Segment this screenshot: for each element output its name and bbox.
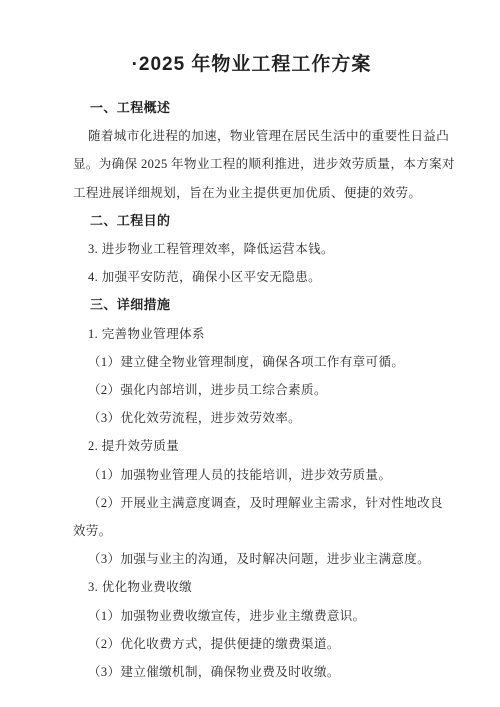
- section-heading-3: 三、详细措施: [73, 291, 430, 319]
- list-item: 2. 提升效劳质量: [73, 432, 430, 460]
- document-title: ·2025 年物业工程工作方案: [73, 50, 430, 80]
- paragraph-line: 工程进展详细规划，旨在为业主提供更加优质、便捷的效劳。: [73, 179, 430, 207]
- list-subitem: （1）加强物业管理人员的技能培训，进步效劳质量。: [73, 461, 430, 489]
- list-subitem: （2）强化内部培训，进步员工综合素质。: [73, 376, 430, 404]
- list-subitem: （3）优化效劳流程，进步效劳效率。: [73, 404, 430, 432]
- list-item: 4. 加强平安防范，确保小区平安无隐患。: [73, 263, 430, 291]
- document-page: ·2025 年物业工程工作方案 一、工程概述 随着城市化进程的加速，物业管理在居…: [0, 0, 500, 707]
- list-subitem: （3）建立催缴机制，确保物业费及时收缴。: [73, 658, 430, 686]
- list-item: 3. 优化物业费收缴: [73, 573, 430, 601]
- list-subitem: （1）建立健全物业管理制度，确保各项工作有章可循。: [73, 348, 430, 376]
- list-item: 1. 完善物业管理体系: [73, 320, 430, 348]
- list-subitem: （2）优化收费方式，提供便捷的缴费渠道。: [73, 630, 430, 658]
- list-subitem-wrap: 效劳。: [73, 517, 430, 545]
- section-heading-2: 二、工程目的: [73, 207, 430, 235]
- list-subitem: （2）开展业主满意度调查，及时理解业主需求，针对性地改良: [73, 489, 430, 517]
- paragraph-line: 随着城市化进程的加速，物业管理在居民生活中的重要性日益凸: [73, 122, 430, 150]
- list-subitem: （1）加强物业费收缴宣传，进步业主缴费意识。: [73, 602, 430, 630]
- list-item: 3. 进步物业工程管理效率，降低运营本钱。: [73, 235, 430, 263]
- paragraph-line: 显。为确保 2025 年物业工程的顺利推进，进步效劳质量，本方案对: [73, 150, 430, 178]
- section-heading-1: 一、工程概述: [73, 94, 430, 122]
- list-subitem: （3）加强与业主的沟通，及时解决问题，进步业主满意度。: [73, 545, 430, 573]
